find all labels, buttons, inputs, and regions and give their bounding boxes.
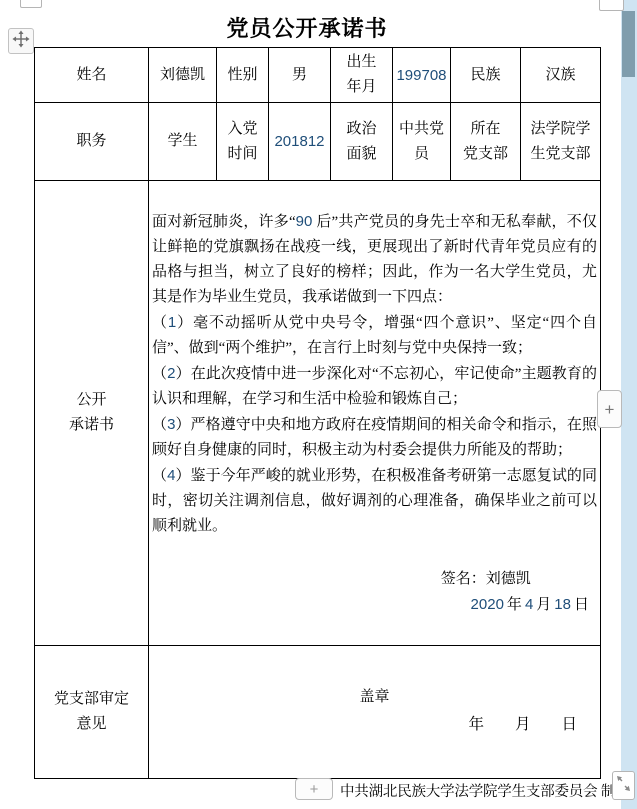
ethnic-value-cell[interactable]: 汉族: [521, 48, 601, 103]
footer-maker-text: 中共湖北民族大学法学院学生支部委员会 制: [340, 780, 615, 801]
position-label-cell[interactable]: 职务: [35, 103, 149, 181]
branch-value-cell[interactable]: 法学院学 生党支部: [521, 103, 601, 181]
review-date-placeholder: 年 月 日: [152, 712, 597, 738]
document-title[interactable]: 党员公开承诺书: [0, 12, 614, 43]
insert-handle-right-button[interactable]: +: [597, 390, 622, 428]
diagonal-resize-icon: [616, 775, 631, 797]
top-right-ui-fragment: [599, 0, 624, 11]
join-date-value-cell[interactable]: 201812: [269, 103, 331, 181]
signature-date-line: 2020年4月18日: [152, 592, 597, 618]
review-content-cell[interactable]: 盖章 年 月 日: [149, 646, 601, 779]
position-value-cell[interactable]: 学生: [149, 103, 217, 181]
commitment-point-3: （3）严格遵守中央和地方政府在疫情期间的相关命令和指示，在照顾好自身健康的同时，…: [152, 412, 597, 463]
top-left-ui-fragment: [20, 0, 42, 8]
commitment-point-1: （1）毫不动摇听从党中央号令，增强“四个意识”、坚定“四个自信”、做到“两个维护…: [152, 310, 597, 361]
review-section-label-cell[interactable]: 党支部审定 意见: [35, 646, 149, 779]
name-label-cell[interactable]: 姓名: [35, 48, 149, 103]
signature-line: 签名：刘德凯: [152, 567, 597, 592]
commitment-section-label-cell[interactable]: 公开 承诺书: [35, 181, 149, 646]
vertical-scrollbar[interactable]: [621, 0, 637, 809]
plus-icon: +: [605, 401, 615, 418]
document-page: { "title": "党员公开承诺书", "info": { "name_la…: [0, 0, 637, 809]
commitment-point-2: （2）在此次疫情中进一步深化对“不忘初心，牢记使命”主题教育的认识和理解，在学习…: [152, 361, 597, 412]
seal-label: 盖章: [152, 684, 597, 710]
commitment-point-4: （4）鉴于今年严峻的就业形势，在积极准备考研第一志愿复试的同时，密切关注调剂信息…: [152, 463, 597, 539]
branch-label-cell[interactable]: 所在 党支部: [451, 103, 521, 181]
move-cross-icon: [12, 30, 30, 53]
ethnic-label-cell[interactable]: 民族: [451, 48, 521, 103]
birth-value-cell[interactable]: 199708: [393, 48, 451, 103]
commitment-form-table: 姓名 刘德凯 性别 男 出生 年月 199708 民族 汉族 职务 学生 入党 …: [34, 47, 601, 779]
political-status-value-cell[interactable]: 中共党 员: [393, 103, 451, 181]
gender-label-cell[interactable]: 性别: [217, 48, 269, 103]
gender-value-cell[interactable]: 男: [269, 48, 331, 103]
scrollbar-thumb[interactable]: [622, 11, 635, 77]
name-value-cell[interactable]: 刘德凯: [149, 48, 217, 103]
table-resize-handle[interactable]: [612, 771, 635, 800]
commitment-paragraph-intro: 面对新冠肺炎，许多“90 后”共产党员的身先士卒和无私奉献，不仅让鲜艳的党旗飘扬…: [152, 209, 597, 310]
table-move-handle[interactable]: [8, 28, 34, 54]
political-status-label-cell[interactable]: 政治 面貌: [331, 103, 393, 181]
join-date-label-cell[interactable]: 入党 时间: [217, 103, 269, 181]
plus-icon: +: [310, 782, 319, 797]
commitment-text-cell[interactable]: 面对新冠肺炎，许多“90 后”共产党员的身先士卒和无私奉献，不仅让鲜艳的党旗飘扬…: [149, 181, 601, 646]
birth-label-cell[interactable]: 出生 年月: [331, 48, 393, 103]
insert-handle-bottom-button[interactable]: +: [295, 778, 333, 800]
